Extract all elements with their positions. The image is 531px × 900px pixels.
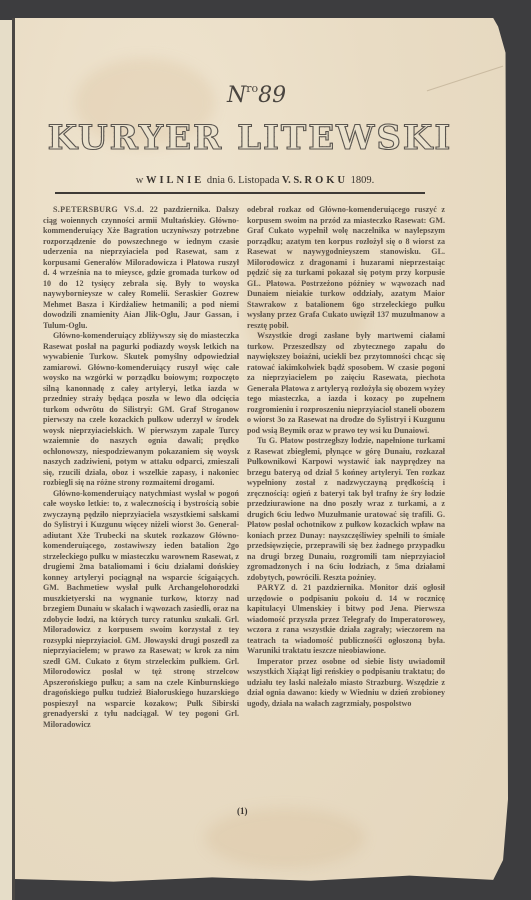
article-paragraph: Główno-komenderuiący natychmiast wysłał … [43, 489, 239, 731]
binding-spine [12, 18, 15, 900]
dateline-year: 1809. [351, 175, 375, 186]
dateline-day: 6. [228, 175, 236, 186]
newspaper-page: Nro89 KURYER LITEWSKI w WILNIE dnia 6. L… [15, 18, 508, 886]
paragraph-text: Tu G. Płatow postrzegłszy łodzie, napełn… [247, 436, 445, 582]
dateline-roku: ROKU [304, 175, 348, 186]
issue-number: Nro89 [227, 82, 286, 108]
right-column: odebrał rozkaz od Główno-komenderuiącego… [247, 205, 445, 709]
dispatch-place: PARYZ [257, 583, 286, 592]
number-value: 89 [258, 83, 286, 108]
dateline-month: Listopada [238, 175, 279, 186]
paragraph-text: odebrał rozkaz od Główno-komenderuiącego… [247, 205, 445, 330]
dateline-dnia: dnia [207, 175, 225, 186]
masthead-rule [55, 192, 425, 194]
paragraph-text: Imperator przez osobne od siebie listy u… [247, 657, 445, 708]
paragraph-text: Główno-komenderuiący natychmiast wysłał … [43, 489, 239, 729]
number-sup: ro [246, 82, 258, 95]
article-paragraph: PARYZ d. 21 pazdziernika. Monitor dziś o… [247, 583, 445, 657]
number-prefix: N [227, 83, 246, 108]
dateline-city: WILNIE [146, 175, 204, 186]
paragraph-text: Główno-komenderuiący zbliżywszy się do m… [43, 331, 239, 487]
dispatch-place: S.PETERSBURG VS.d. [53, 205, 144, 214]
article-paragraph: Wszystkie drogi zasłane były martwemi ci… [247, 331, 445, 436]
article-paragraph: Imperator przez osobne od siebie listy u… [247, 657, 445, 710]
left-column: S.PETERSBURG VS.d. 22 pazdziernika. Dals… [43, 205, 239, 730]
dateline-w: w [136, 175, 144, 186]
paper-stain [205, 808, 365, 868]
paper-crease [427, 66, 503, 92]
page-number: (1) [237, 806, 248, 816]
dateline-style: V. S. [282, 175, 302, 186]
paragraph-text: 22 pazdziernika. Dalszy ciąg woiennych c… [43, 205, 239, 330]
dateline: w WILNIE dnia 6. Listopada V. S. ROKU 18… [85, 175, 425, 186]
article-paragraph: S.PETERSBURG VS.d. 22 pazdziernika. Dals… [43, 205, 239, 331]
paragraph-text: Wszystkie drogi zasłane były martwemi ci… [247, 331, 445, 435]
article-paragraph: odebrał rozkaz od Główno-komenderuiącego… [247, 205, 445, 331]
paragraph-text: d. 21 pazdziernika. Monitor dziś ogłosił… [247, 583, 445, 655]
newspaper-title: KURYER LITEWSKI [45, 118, 455, 158]
article-paragraph: Tu G. Płatow postrzegłszy łodzie, napełn… [247, 436, 445, 583]
article-paragraph: Główno-komenderuiący zbliżywszy się do m… [43, 331, 239, 489]
